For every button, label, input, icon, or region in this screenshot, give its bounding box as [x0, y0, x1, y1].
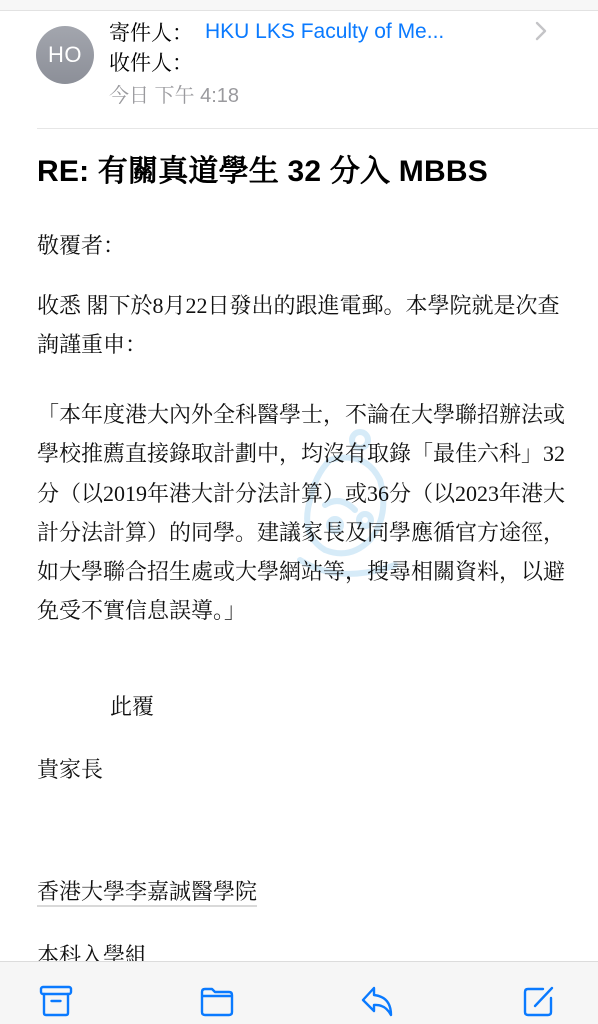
from-label: 寄件人： [109, 17, 193, 47]
archive-icon [39, 984, 73, 1018]
sender-name-link[interactable]: HKU LKS Faculty of Me... [205, 20, 444, 44]
organization-link[interactable]: 香港大學李嘉誠醫學院 [37, 879, 257, 907]
from-row: 寄件人： HKU LKS Faculty of Me... [109, 17, 444, 47]
body-quote: 「本年度港大內外全科醫學士，不論在大學聯招辦法或學校推薦直接錄取計劃中，均沒有取… [37, 395, 567, 631]
sender-avatar[interactable]: HO [36, 26, 94, 84]
bottom-toolbar [0, 961, 598, 1024]
salutation: 敬覆者： [37, 226, 567, 265]
to-row: 收件人： [109, 47, 193, 77]
compose-icon [522, 984, 556, 1018]
reply-icon [361, 984, 395, 1018]
header-divider [37, 128, 598, 129]
organization-signature: 香港大學李嘉誠醫學院 [37, 872, 567, 911]
compose-button[interactable] [522, 984, 556, 1018]
folder-icon [200, 984, 234, 1018]
closing: 此覆 [110, 687, 598, 726]
reply-button[interactable] [361, 984, 395, 1018]
message-header: HO 寄件人： HKU LKS Faculty of Me... 收件人： 今日… [0, 11, 598, 128]
archive-button[interactable] [39, 984, 73, 1018]
email-subject: RE: 有關真道學生 32 分入 MBBS [37, 146, 488, 190]
to-label: 收件人： [109, 52, 193, 75]
recipient-line: 貴家長 [37, 750, 567, 789]
avatar-initials: HO [48, 42, 82, 68]
mail-message-view: HO 寄件人： HKU LKS Faculty of Me... 收件人： 今日… [0, 0, 598, 1024]
chevron-right-icon[interactable] [533, 19, 549, 43]
top-bar-edge [0, 0, 598, 11]
date-timestamp: 今日 下午 4:18 [109, 79, 239, 108]
move-to-folder-button[interactable] [200, 984, 234, 1018]
body-paragraph-1: 收悉 閣下於8月22日發出的跟進電郵。本學院就是次查詢謹重申： [37, 286, 567, 364]
